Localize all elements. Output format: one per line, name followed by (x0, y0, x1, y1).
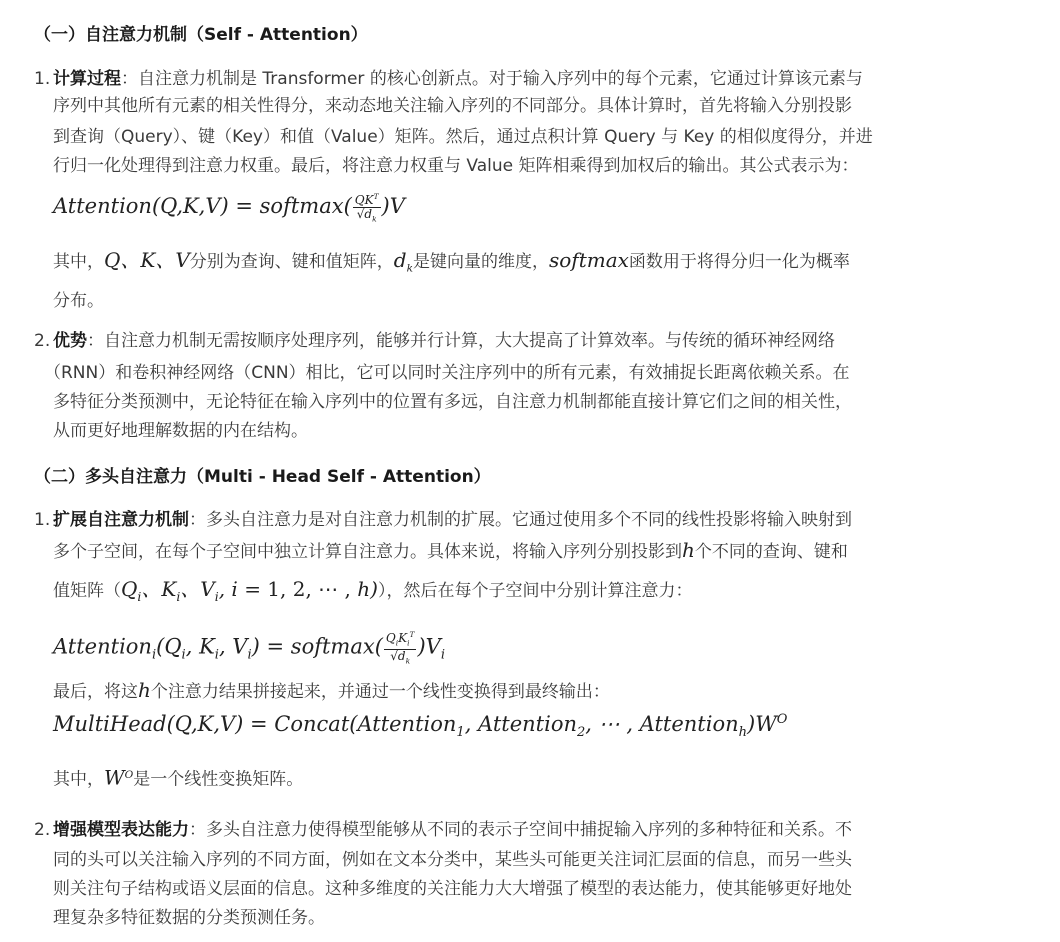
text: 是键向量的维度， (413, 252, 549, 272)
math-w: W (104, 766, 125, 790)
paragraph-line: 值矩阵（Qi、Ki、Vi, i = 1, 2, ⋯ , h)），然后在每个子空间… (53, 577, 692, 609)
text: ），然后在每个子空间中分别计算注意力： (378, 581, 693, 601)
paragraph-line: 则关注句子结构或语义层面的信息。这种多维度的关注能力大大增强了模型的表达能力，使… (53, 877, 852, 901)
paragraph-line: 行归一化处理得到注意力权重。最后，将注意力权重与 Value 矩阵相乘得到加权后… (53, 154, 859, 178)
denominator-sub: k (372, 214, 377, 223)
item-title: 优势 (53, 331, 87, 351)
text: 个注意力结果拼接起来，并通过一个线性变换得到最终输出： (151, 682, 610, 702)
numerator-sup: T (374, 192, 379, 201)
section-heading-self-attention: （一）自注意力机制（Self - Attention） (34, 20, 368, 45)
numerator: Q (386, 631, 396, 645)
list-number: 1. (34, 508, 50, 532)
paragraph-line: 分布。 (53, 289, 104, 313)
item-title: 增强模型表达能力 (53, 820, 189, 840)
formula-ah: , ⋯ , Attention (585, 712, 738, 736)
math-softmax: softmax (549, 248, 629, 272)
paragraph-line: 理复杂多特征数据的分类预测任务。 (53, 906, 325, 930)
paragraph-line: 同的头可以关注输入序列的不同方面，例如在文本分类中，某些头可能更关注词汇层面的信… (53, 848, 852, 872)
paragraph-line: 从而更好地理解数据的内在结构。 (53, 419, 308, 443)
formula-rhs: )V (382, 194, 405, 218)
math-sup-o: O (125, 769, 134, 781)
text: 值矩阵（ (53, 581, 121, 601)
wo-explanation: 其中，WO是一个线性变换矩阵。 (53, 763, 303, 792)
attention-i-formula: Attentioni(Qi, Ki, Vi) = softmax(QiKiT√d… (53, 628, 445, 668)
text: 是一个线性变换矩阵。 (133, 770, 303, 790)
text: 其中， (53, 252, 104, 272)
math-h: h (138, 678, 151, 702)
list-item-extend: 扩展自注意力机制：多头自注意力是对自注意力机制的扩展。它通过使用多个不同的线性投… (53, 508, 852, 532)
paragraph-line: 多个子空间，在每个子空间中独立计算自注意力。具体来说，将输入序列分别投影到h个不… (53, 538, 848, 564)
item-title: 计算过程 (53, 69, 121, 89)
section-heading-multi-head: （二）多头自注意力（Multi - Head Self - Attention） (34, 462, 491, 487)
paragraph-line: 序列中其他所有元素的相关性得分，来动态地关注输入序列的不同部分。具体计算时，首先… (53, 94, 852, 118)
paragraph-line: 到查询（Query）、键（Key）和值（Value）矩阵。然后，通过点积计算 Q… (53, 125, 873, 149)
text: 其中， (53, 770, 104, 790)
list-item-advantages: 优势：自注意力机制无需按顺序处理序列，能够并行计算，大大提高了计算效率。与传统的… (53, 329, 835, 353)
item-text: ：自注意力机制无需按顺序处理序列，能够并行计算，大大提高了计算效率。与传统的循环… (87, 331, 835, 351)
text: 个不同的查询、键和 (695, 542, 848, 562)
formula-lhs: MultiHead(Q,K,V) = Concat(Attention (53, 712, 456, 736)
formula-fraction: QKT√dk (353, 190, 381, 225)
denominator: √d (390, 649, 405, 663)
formula-a2: , Attention (465, 712, 577, 736)
args: (Q (156, 634, 181, 658)
formula-fraction: QiKiT√dk (384, 628, 417, 668)
item-text: ：自注意力机制是 Transformer 的核心创新点。对于输入序列中的每个元素… (121, 69, 863, 89)
text: 分别为查询、键和值矩阵， (190, 252, 394, 272)
list-number: 2. (34, 818, 50, 842)
math-qkv-indices: Qi、Ki、Vi, i = 1, 2, ⋯ , h) (121, 577, 378, 601)
item-text: ：多头自注意力是对自注意力机制的扩展。它通过使用多个不同的线性投影将输入映射到 (189, 510, 852, 530)
paragraph-line: 多特征分类预测中，无论特征在输入序列中的位置有多远，自注意力机制都能直接计算它们… (53, 390, 852, 414)
formula-lhs: Attention(Q,K,V) = softmax( (53, 194, 352, 218)
numerator: QK (355, 193, 374, 207)
text: 最后，将这 (53, 682, 138, 702)
denominator: √d (357, 207, 372, 221)
item-title: 扩展自注意力机制 (53, 510, 189, 530)
list-number: 2. (34, 329, 50, 353)
concat-intro: 最后，将这h个注意力结果拼接起来，并通过一个线性变换得到最终输出： (53, 678, 610, 704)
list-item-calc-process: 计算过程：自注意力机制是 Transformer 的核心创新点。对于输入序列中的… (53, 67, 863, 91)
formula-lhs: Attention (53, 634, 152, 658)
text: 函数用于将得分归一化为概率 (629, 252, 850, 272)
formula-rhs: = softmax( (267, 634, 383, 658)
list-number: 1. (34, 67, 50, 91)
text: 多个子空间，在每个子空间中独立计算自注意力。具体来说，将输入序列分别投影到 (53, 542, 682, 562)
math-vars: Q、K、V (104, 248, 190, 272)
attention-formula: Attention(Q,K,V) = softmax(QKT√dk)V (53, 190, 405, 225)
math-h: h (682, 538, 695, 562)
paragraph-line: （RNN）和卷积神经网络（CNN）相比，它可以同时关注序列中的所有元素，有效捕捉… (44, 361, 850, 385)
formula-explanation: 其中，Q、K、V分别为查询、键和值矩阵，dk是键向量的维度，softmax函数用… (53, 248, 850, 280)
multihead-formula: MultiHead(Q,K,V) = Concat(Attention1, At… (53, 712, 787, 740)
formula-tail: )V (417, 634, 440, 658)
item-text: ：多头自注意力使得模型能够从不同的表示子空间中捕捉输入序列的多种特征和关系。不 (189, 820, 852, 840)
math-dk: d (394, 248, 407, 272)
list-item-enhance: 增强模型表达能力：多头自注意力使得模型能够从不同的表示子空间中捕捉输入序列的多种… (53, 818, 852, 842)
formula-w: )W (747, 712, 777, 736)
